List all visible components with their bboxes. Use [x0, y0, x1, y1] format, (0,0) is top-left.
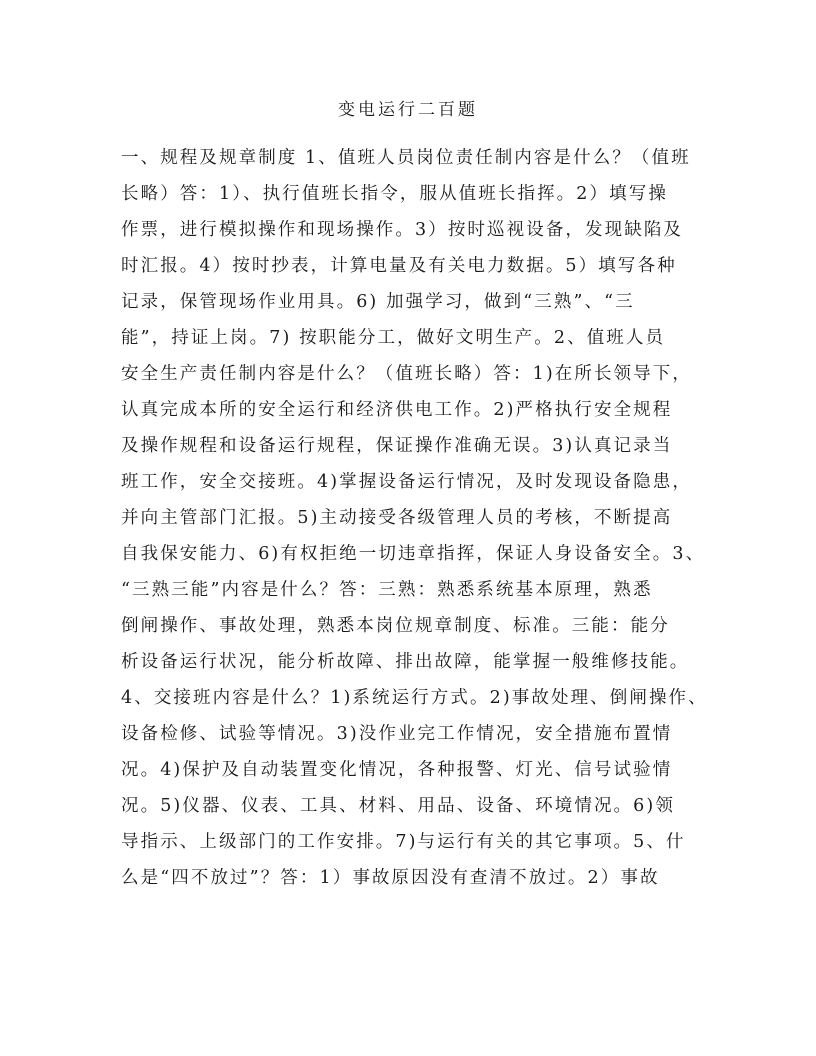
text-line: 况。5)仪器、仪表、工具、材料、用品、设备、环境情况。6)领	[121, 792, 701, 828]
text-line: 设备检修、试验等情况。3)没作业完工作情况，安全措施布置情	[121, 720, 701, 756]
text-line: 导指示、上级部门的工作安排。7)与运行有关的其它事项。5、什	[121, 828, 701, 864]
text-line: 记录，保管现场作业用具。6) 加强学习，做到“三熟”、“三	[121, 288, 701, 324]
document-body: 一、规程及规章制度 1、值班人员岗位责任制内容是什么？（值班 长略）答：1）、执…	[121, 144, 701, 900]
text-line: 况。4)保护及自动装置变化情况，各种报警、灯光、信号试验情	[121, 756, 701, 792]
text-line: 并向主管部门汇报。5)主动接受各级管理人员的考核，不断提高	[121, 504, 701, 540]
text-line: 一、规程及规章制度 1、值班人员岗位责任制内容是什么？（值班	[121, 144, 701, 180]
document-title: 变电运行二百题	[0, 98, 816, 122]
text-line: 能”，持证上岗。7) 按职能分工，做好文明生产。2、值班人员	[121, 324, 701, 360]
text-line: 倒闸操作、事故处理，熟悉本岗位规章制度、标准。三能：能分	[121, 612, 701, 648]
text-line: 4、交接班内容是什么？1)系统运行方式。2)事故处理、倒闸操作、	[121, 684, 701, 720]
text-line: 作票，进行模拟操作和现场操作。3）按时巡视设备，发现缺陷及	[121, 216, 701, 252]
text-line: 长略）答：1）、执行值班长指令，服从值班长指挥。2）填写操	[121, 180, 701, 216]
text-line: 么是“四不放过”？答：1）事故原因没有查清不放过。2）事故	[121, 864, 701, 900]
document-page: 变电运行二百题 一、规程及规章制度 1、值班人员岗位责任制内容是什么？（值班 长…	[0, 0, 816, 1056]
text-line: 安全生产责任制内容是什么？（值班长略）答：1)在所长领导下，	[121, 360, 701, 396]
text-line: 认真完成本所的安全运行和经济供电工作。2)严格执行安全规程	[121, 396, 701, 432]
text-line: 时汇报。4）按时抄表，计算电量及有关电力数据。5）填写各种	[121, 252, 701, 288]
text-line: 自我保安能力、6)有权拒绝一切违章指挥，保证人身设备安全。3、	[121, 540, 701, 576]
text-line: 析设备运行状况，能分析故障、排出故障，能掌握一般维修技能。	[121, 648, 701, 684]
text-line: “三熟三能”内容是什么？答：三熟：熟悉系统基本原理，熟悉	[121, 576, 701, 612]
text-line: 及操作规程和设备运行规程，保证操作准确无误。3)认真记录当	[121, 432, 701, 468]
text-line: 班工作，安全交接班。4)掌握设备运行情况，及时发现设备隐患，	[121, 468, 701, 504]
